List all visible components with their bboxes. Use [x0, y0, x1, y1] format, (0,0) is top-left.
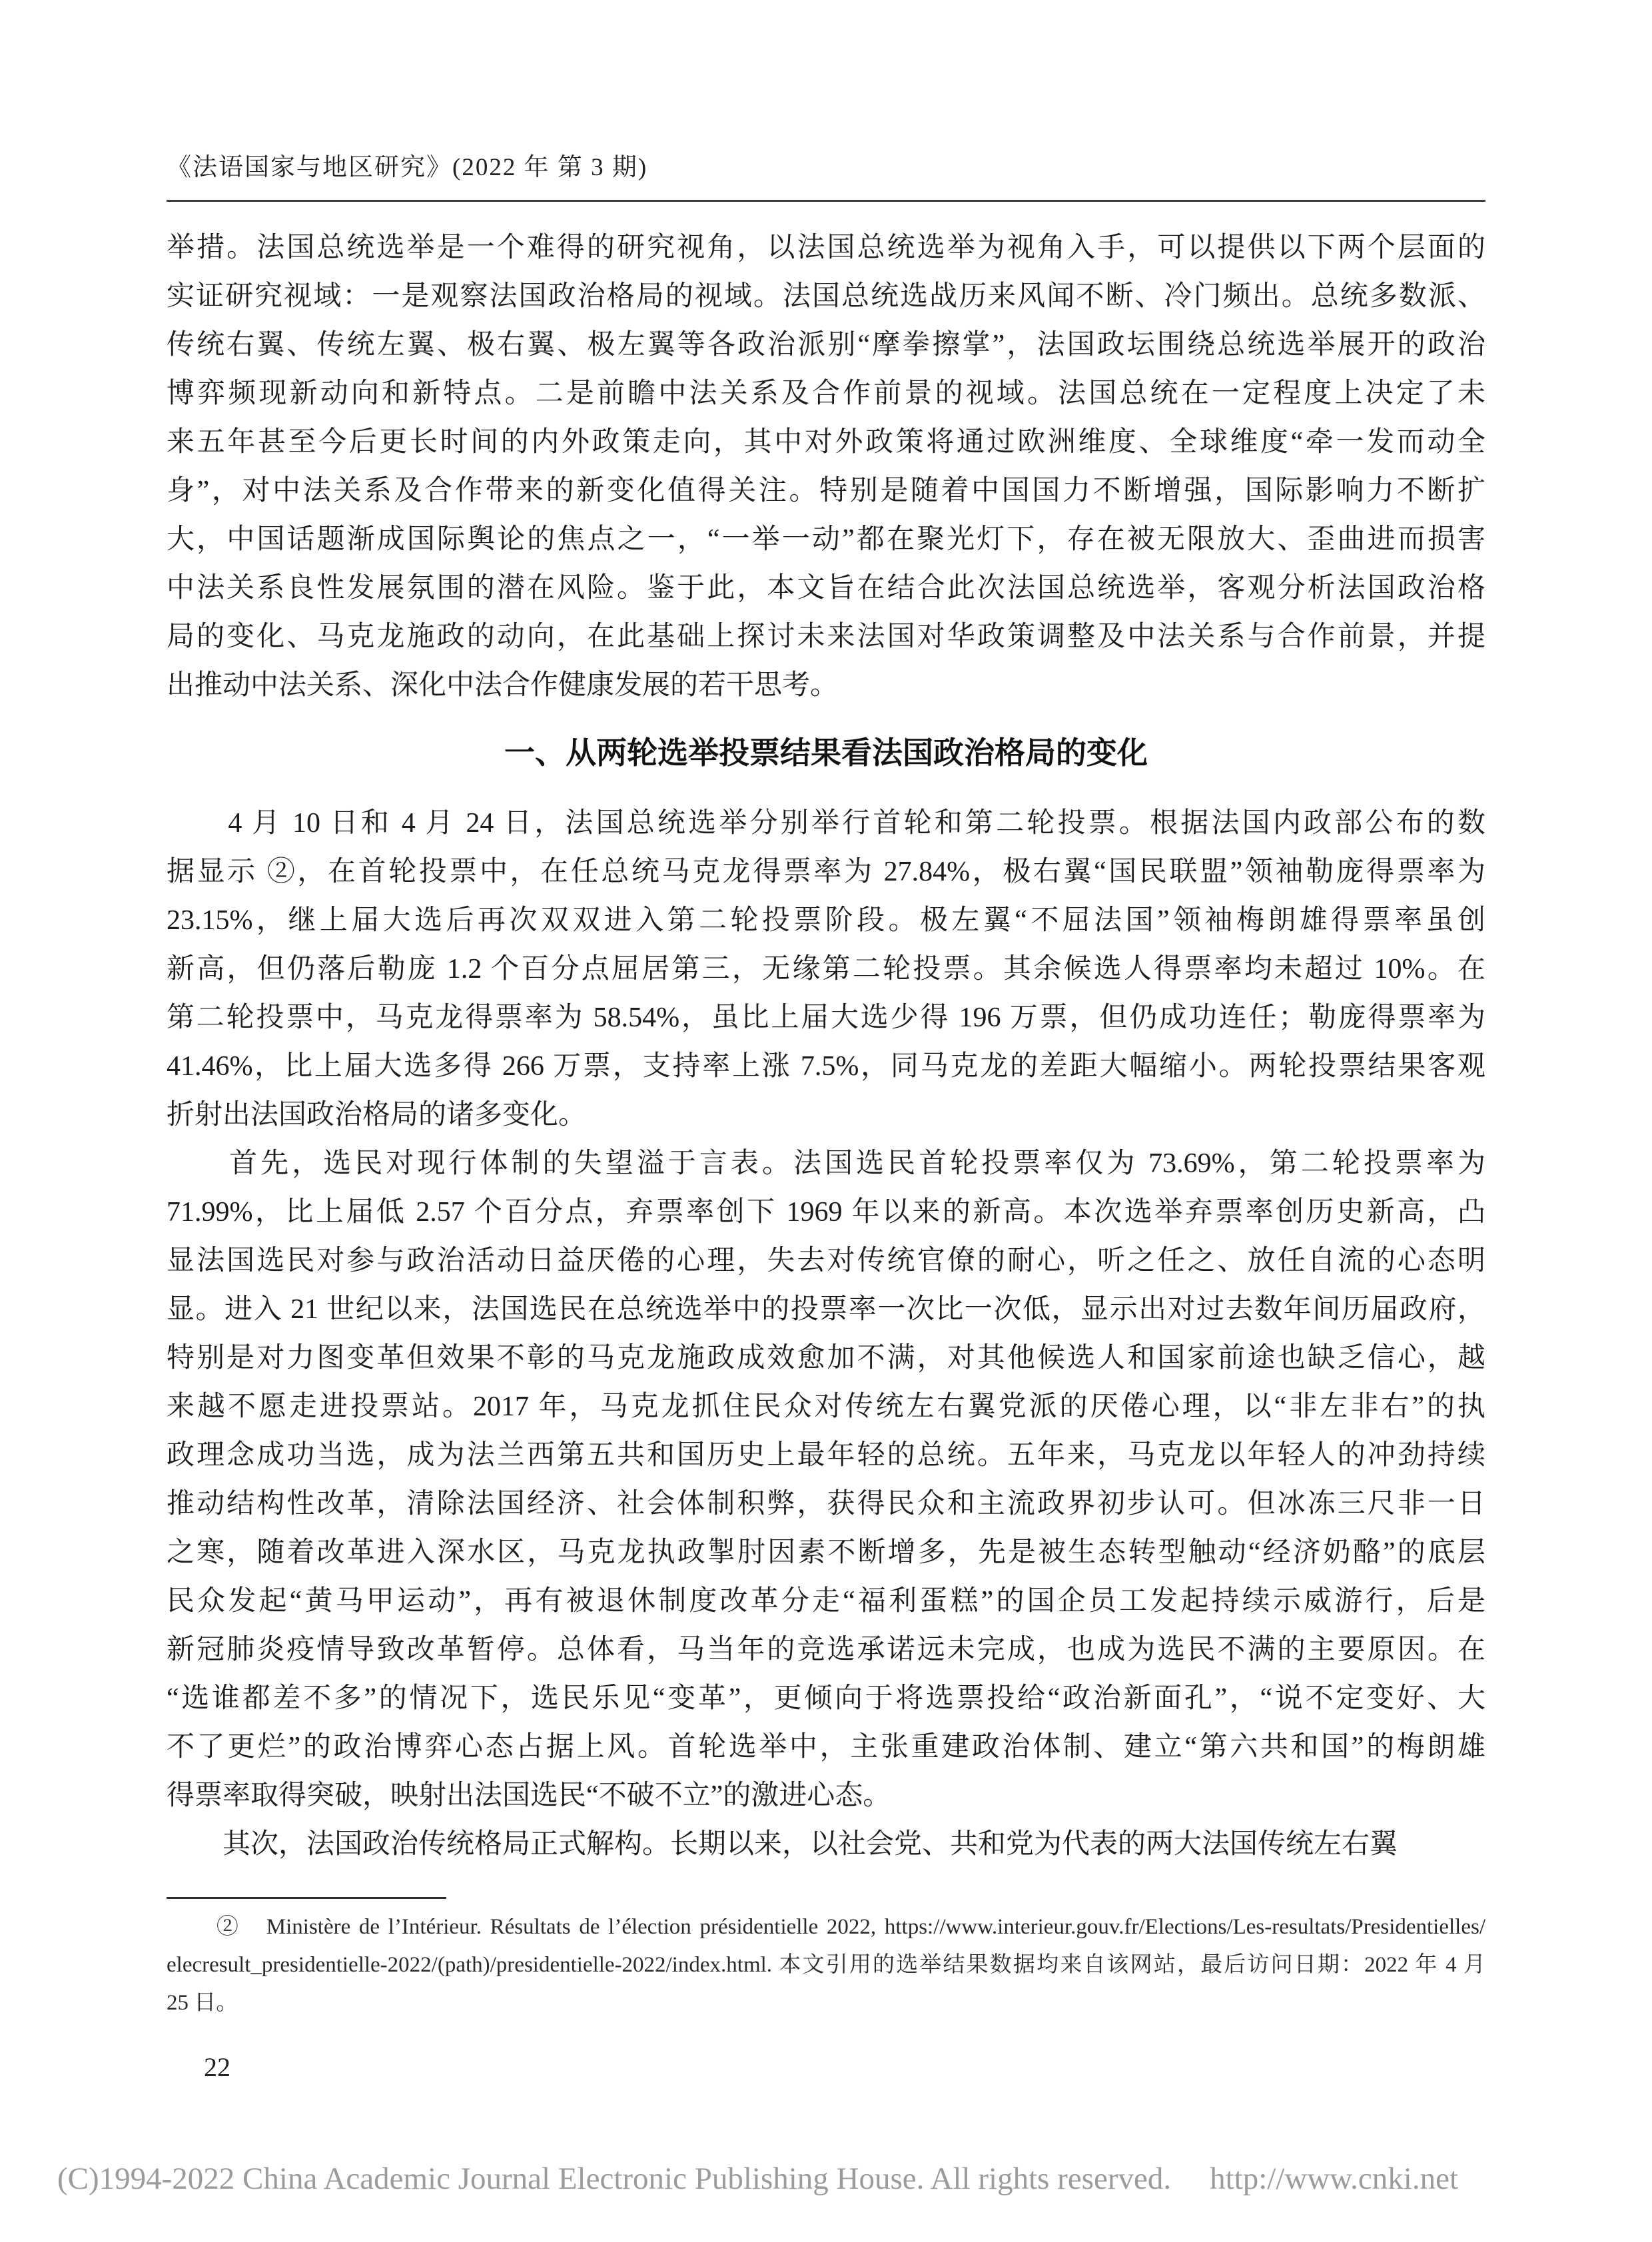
footnote: ② Ministère de l’Intérieur. Résultats de… — [167, 1908, 1485, 2022]
text-line: 之寒，随着改革进入深水区，马克龙执政掣肘因素不断增多，先是被生态转型触动“经济奶… — [167, 1529, 1485, 1577]
text-line: “选谁都差不多”的情况下，选民乐见“变革”，更倾向于将选票投给“政治新面孔”，“… — [167, 1675, 1485, 1723]
text-line: 政理念成功当选，成为法兰西第五共和国历史上最年轻的总统。五年来，马克龙以年轻人的… — [167, 1431, 1485, 1480]
text-line: 41.46%，比上届大选多得 266 万票，支持率上涨 7.5%，同马克龙的差距… — [167, 1042, 1485, 1091]
text-line: 71.99%，比上届低 2.57 个百分点，弃票率创下 1969 年以来的新高。… — [167, 1188, 1485, 1237]
text-line: 出推动中法关系、深化中法合作健康发展的若干思考。 — [167, 661, 1485, 710]
text-line: 23.15%，继上届大选后再次双双进入第二轮投票阶段。极左翼“不屈法国”领袖梅朗… — [167, 897, 1485, 945]
paragraph-2: 4 月 10 日和 4 月 24 日，法国总统选举分别举行首轮和第二轮投票。根据… — [167, 799, 1485, 1140]
paragraph-3: 首先，选民对现行体制的失望溢于言表。法国选民首轮投票率仅为 73.69%，第二轮… — [167, 1140, 1485, 1820]
text-line: 其次，法国政治传统格局正式解构。长期以来，以社会党、共和党为代表的两大法国传统左… — [167, 1820, 1485, 1869]
text-line: 中法关系良性发展氛围的潜在风险。鉴于此，本文旨在结合此次法国总统选举，客观分析法… — [167, 564, 1485, 613]
text-line: 身”，对中法关系及合作带来的新变化值得关注。特别是随着中国国力不断增强，国际影响… — [167, 467, 1485, 516]
text-line: 特别是对力图变革但效果不彰的马克龙施政成效愈加不满，对其他候选人和国家前途也缺乏… — [167, 1334, 1485, 1383]
article-body: 举措。法国总统选举是一个难得的研究视角，以法国总统选举为视角入手，可以提供以下两… — [167, 224, 1485, 2083]
footer: (C)1994-2022 China Academic Journal Elec… — [57, 2161, 1458, 2197]
text-line: 实证研究视域：一是观察法国政治格局的视域。法国总统选战历来风闻不断、冷门频出。总… — [167, 272, 1485, 321]
text-line: 首先，选民对现行体制的失望溢于言表。法国选民首轮投票率仅为 73.69%，第二轮… — [167, 1140, 1485, 1188]
footnote-divider — [167, 1897, 446, 1899]
text-line: 新高，但仍落后勒庞 1.2 个百分点屈居第三，无缘第二轮投票。其余候选人得票率均… — [167, 945, 1485, 994]
text-line: 据显示 ②，在首轮投票中，在任总统马克龙得票率为 27.84%，极右翼“国民联盟… — [167, 848, 1485, 897]
text-line: 显法国选民对参与政治活动日益厌倦的心理，失去对传统官僚的耐心，听之任之、放任自流… — [167, 1237, 1485, 1286]
text-line: 第二轮投票中，马克龙得票率为 58.54%，虽比上届大选少得 196 万票，但仍… — [167, 994, 1485, 1042]
text-line: 不了更烂”的政治博弈心态占据上风。首轮选举中，主张重建政治体制、建立“第六共和国… — [167, 1723, 1485, 1772]
text-line: elecresult_presidentielle-2022/(path)/pr… — [167, 1946, 1485, 1984]
text-line: 传统右翼、传统左翼、极右翼、极左翼等各政治派别“摩拳擦掌”，法国政坛围绕总统选举… — [167, 321, 1485, 370]
section-heading: 一、从两轮选举投票结果看法国政治格局的变化 — [167, 733, 1485, 773]
journal-page: 《法语国家与地区研究》(2022 年 第 3 期) 举措。法国总统选举是一个难得… — [0, 0, 1652, 2242]
text-line: 新冠肺炎疫情导致改革暂停。总体看，马当年的竞选承诺远未完成，也成为选民不满的主要… — [167, 1626, 1485, 1675]
footer-url: http://www.cnki.net — [1210, 2161, 1458, 2197]
text-line: 民众发起“黄马甲运动”，再有被退休制度改革分走“福利蛋糕”的国企员工发起持续示威… — [167, 1577, 1485, 1626]
text-line: 显。进入 21 世纪以来，法国选民在总统选举中的投票率一次比一次低，显示出对过去… — [167, 1286, 1485, 1334]
paragraph-4: 其次，法国政治传统格局正式解构。长期以来，以社会党、共和党为代表的两大法国传统左… — [167, 1820, 1485, 1869]
text-line: 举措。法国总统选举是一个难得的研究视角，以法国总统选举为视角入手，可以提供以下两… — [167, 224, 1485, 272]
journal-header: 《法语国家与地区研究》(2022 年 第 3 期) — [167, 147, 647, 183]
text-line: 折射出法国政治格局的诸多变化。 — [167, 1091, 1485, 1140]
text-line: ② Ministère de l’Intérieur. Résultats de… — [167, 1908, 1485, 1946]
footer-copyright: (C)1994-2022 China Academic Journal Elec… — [57, 2161, 1171, 2197]
text-line: 25 日。 — [167, 1984, 1485, 2022]
text-line: 来越不愿走进投票站。2017 年，马克龙抓住民众对传统左右翼党派的厌倦心理，以“… — [167, 1383, 1485, 1431]
text-line: 博弈频现新动向和新特点。二是前瞻中法关系及合作前景的视域。法国总统在一定程度上决… — [167, 370, 1485, 418]
text-line: 局的变化、马克龙施政的动向，在此基础上探讨未来法国对华政策调整及中法关系与合作前… — [167, 613, 1485, 661]
header-divider — [167, 200, 1485, 202]
page-number: 22 — [167, 2052, 1485, 2083]
text-line: 推动结构性改革，清除法国经济、社会体制积弊，获得民众和主流政界初步认可。但冰冻三… — [167, 1480, 1485, 1529]
text-line: 4 月 10 日和 4 月 24 日，法国总统选举分别举行首轮和第二轮投票。根据… — [167, 799, 1485, 848]
paragraph-1: 举措。法国总统选举是一个难得的研究视角，以法国总统选举为视角入手，可以提供以下两… — [167, 224, 1485, 710]
text-line: 来五年甚至今后更长时间的内外政策走向，其中对外政策将通过欧洲维度、全球维度“牵一… — [167, 418, 1485, 467]
text-line: 大，中国话题渐成国际舆论的焦点之一，“一举一动”都在聚光灯下，存在被无限放大、歪… — [167, 516, 1485, 564]
text-line: 得票率取得突破，映射出法国选民“不破不立”的激进心态。 — [167, 1772, 1485, 1820]
